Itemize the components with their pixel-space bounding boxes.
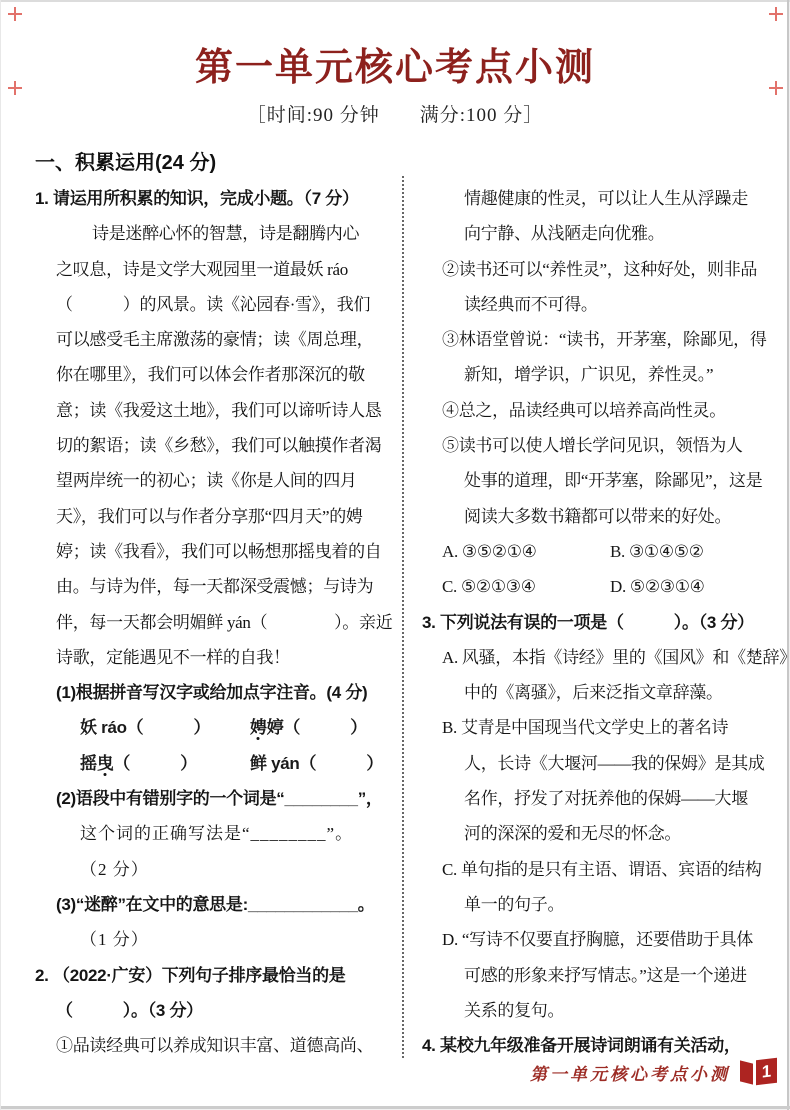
q1-stem: 1. 请运用所积累的知识，完成小题。（7 分） [35, 181, 403, 216]
section-heading: 一、积累运用(24 分) [35, 146, 216, 175]
q2-item-1: ①品读经典可以养成知识丰富、道德高尚、 [35, 1028, 403, 1063]
book-icon: 1 [740, 1058, 777, 1086]
pinyin-row: 摇曳（ ） 鲜 yán（ ） [35, 746, 403, 781]
footer-title: 第一单元核心考点小测 [530, 1060, 730, 1085]
book-left-page [740, 1060, 753, 1084]
q1-sub1-label: (1)根据拼音写汉字或给加点字注音。(4 分) [35, 675, 403, 710]
page-number-badge: 1 [756, 1058, 777, 1086]
q2-item-5: ⑤读书可以使人增长学问见识，领悟为人 [412, 428, 790, 463]
q2-item-cont: 向宁静、从浅陋走向优雅。 [412, 216, 790, 251]
q2-option-d: D. ⑤②③①④ [610, 569, 705, 604]
passage-line: 望两岸统一的初心；读《你是人间的四月 [35, 463, 403, 498]
passage-line: 诗是迷醉心怀的智慧，诗是翻腾内心 [35, 216, 403, 251]
paper-title: 第一单元核心考点小测 [0, 36, 790, 91]
dotted-char: 曳 [97, 754, 114, 773]
registration-cross-icon [769, 7, 783, 21]
q3-option-c-cont: 单一的句子。 [412, 887, 790, 922]
q3-stem: 3. 下列说法有误的一项是（ ）。（3 分） [412, 605, 790, 640]
passage-line: 意；读《我爱这土地》，我们可以谛听诗人恳 [35, 393, 403, 428]
pinyin-item: 娉婷（ ） [250, 710, 367, 745]
q2-option-c: C. ⑤②①③④ [442, 569, 610, 604]
pinyin-item-rest: 婷（ ） [267, 718, 367, 737]
q2-item-cont: 读经典而不可得。 [412, 287, 790, 322]
registration-cross-icon [8, 7, 22, 21]
passage-line: 你在哪里》，我们可以体会作者那深沉的敬 [35, 357, 403, 392]
pinyin-item-pre: 摇 [80, 754, 97, 773]
q2-options-row: A. ③⑤②①④ B. ③①④⑤② [412, 534, 790, 569]
q1-sub2-line: (2)语段中有错别字的一个词是“________”， [35, 781, 403, 816]
left-column: 1. 请运用所积累的知识，完成小题。（7 分） 诗是迷醉心怀的智慧，诗是翻腾内心… [35, 181, 403, 1063]
passage-line: （ ）的风景。读《沁园春·雪》，我们 [35, 287, 403, 322]
q1-sub3-score: （1 分） [35, 922, 403, 957]
page-edge-left [0, 0, 1, 1110]
q3-option-b-cont: 河的深深的爱和无尽的怀念。 [412, 816, 790, 851]
q3-option-b-cont: 人，长诗《大堰河——我的保姆》是其成 [412, 746, 790, 781]
q2-stem: 2. （2022·广安）下列句子排序最恰当的是 [35, 958, 403, 993]
q3-option-d: D. “写诗不仅要直抒胸臆，还要借助于具体 [412, 922, 790, 957]
q3-option-b: B. 艾青是中国现当代文学史上的著名诗 [412, 710, 790, 745]
right-column: 情趣健康的性灵，可以让人生从浮躁走 向宁静、从浅陋走向优雅。 ②读书还可以“养性… [412, 181, 790, 1063]
q2-options-row: C. ⑤②①③④ D. ⑤②③①④ [412, 569, 790, 604]
passage-line: 可以感受毛主席激荡的豪情；读《周总理， [35, 322, 403, 357]
q2-item-3: ③林语堂曾说：“读书，开茅塞，除鄙见，得 [412, 322, 790, 357]
q2-item-cont: 阅读大多数书籍都可以带来的好处。 [412, 499, 790, 534]
q3-option-d-cont: 关系的复句。 [412, 993, 790, 1028]
pinyin-item: 鲜 yán（ ） [250, 746, 383, 781]
q1-sub2-score: （2 分） [35, 852, 403, 887]
q1-sub3-line: (3)“迷醉”在文中的意思是:____________。 [35, 887, 403, 922]
passage-line: 由。与诗为伴，每一天都深受震憾；与诗为 [35, 569, 403, 604]
q2-item-cont: 新知，增学识，广识见，养性灵。” [412, 357, 790, 392]
pinyin-row: 妖 ráo（ ） 娉婷（ ） [35, 710, 403, 745]
q2-item-cont: 情趣健康的性灵，可以让人生从浮躁走 [412, 181, 790, 216]
pinyin-item-rest: （ ） [113, 754, 197, 773]
q2-item-2: ②读书还可以“养性灵”，这种好处，则非品 [412, 252, 790, 287]
time-score-line: ［时间:90 分钟 满分:100 分］ [0, 100, 790, 127]
page-edge-top [0, 0, 790, 2]
q3-option-a: A. 风骚，本指《诗经》里的《国风》和《楚辞》 [412, 640, 790, 675]
q3-option-c: C. 单句指的是只有主语、谓语、宾语的结构 [412, 852, 790, 887]
q2-stem-cont: （ ）。（3 分） [35, 993, 403, 1028]
dotted-char: 娉 [250, 718, 267, 737]
passage-line: 切的絮语；读《乡愁》，我们可以触摸作者渴 [35, 428, 403, 463]
pinyin-item: 摇曳（ ） [80, 746, 250, 781]
q2-option-a: A. ③⑤②①④ [442, 534, 610, 569]
q3-option-a-cont: 中的《离骚》，后来泛指文章辞藻。 [412, 675, 790, 710]
q1-sub2-line: 这个词的正确写法是“________”。 [35, 816, 403, 851]
passage-line: 伴，每一天都会明媚鲜 yán（ ）。亲近 [35, 605, 403, 640]
q3-option-d-cont: 可感的形象来抒写情志。”这是一个递进 [412, 958, 790, 993]
passage-line: 之叹息，诗是文学大观园里一道最妖 ráo [35, 252, 403, 287]
q3-option-b-cont: 名作，抒发了对抚养他的保姆——大堰 [412, 781, 790, 816]
page-edge-bottom [0, 1106, 790, 1109]
page-footer: 第一单元核心考点小测 1 [545, 1058, 777, 1086]
passage-line: 婷；读《我看》，我们可以畅想那摇曳着的自 [35, 534, 403, 569]
test-paper-page: 第一单元核心考点小测 ［时间:90 分钟 满分:100 分］ 一、积累运用(24… [0, 0, 790, 1110]
q2-option-b: B. ③①④⑤② [610, 534, 704, 569]
q2-item-4: ④总之，品读经典可以培养高尚性灵。 [412, 393, 790, 428]
pinyin-item: 妖 ráo（ ） [80, 710, 250, 745]
passage-line: 诗歌，定能遇见不一样的自我！ [35, 640, 403, 675]
q2-item-cont: 处事的道理，即“开茅塞，除鄙见”，这是 [412, 463, 790, 498]
passage-line: 天》，我们可以与作者分享那“四月天”的娉 [35, 499, 403, 534]
